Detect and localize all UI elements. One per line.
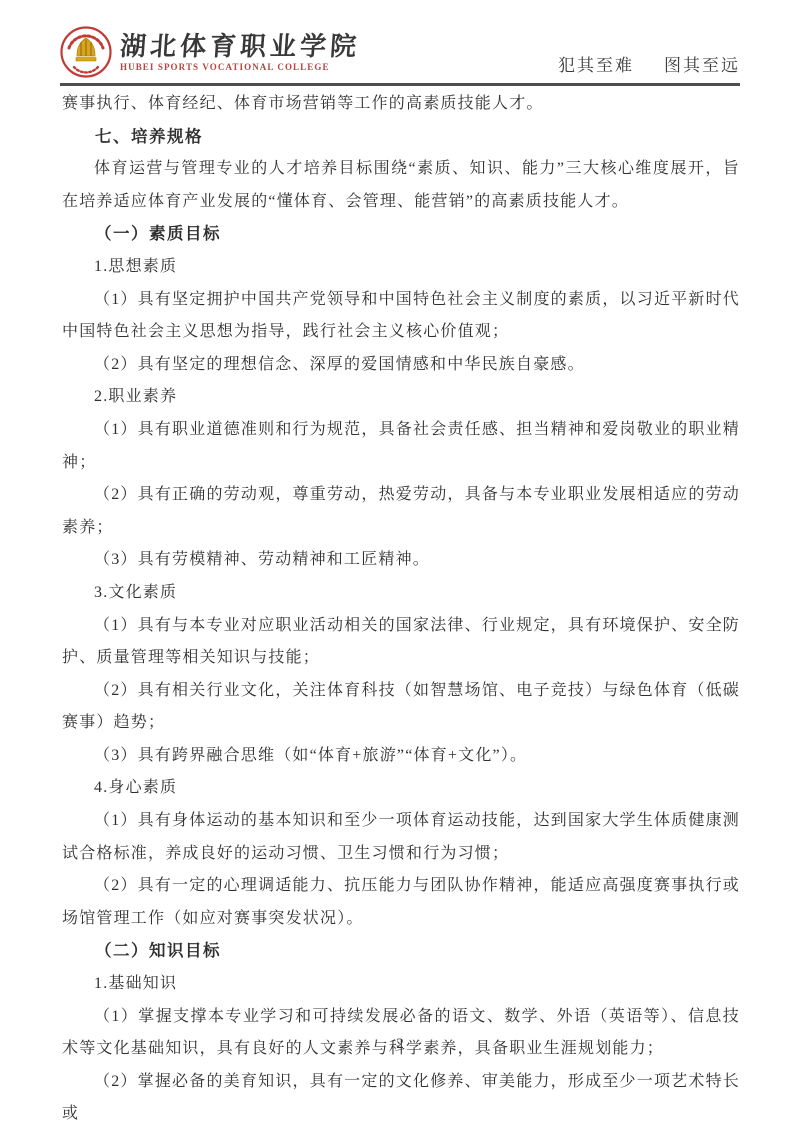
paragraph-continuation: 赛事执行、体育经纪、体育市场营销等工作的高素质技能人才。 [62,88,740,121]
college-seal-icon [60,26,112,78]
college-brand: 湖北体育职业学院 HUBEI SPORTS VOCATIONAL COLLEGE [60,26,360,78]
page-number: 2 [396,1036,404,1052]
list-heading: 2.职业素养 [62,381,740,414]
list-heading: 1.思想素质 [62,251,740,284]
paragraph: （2）具有正确的劳动观，尊重劳动，热爱劳动，具备与本专业职业发展相适应的劳动素养… [62,479,740,544]
paragraph: （3）具有跨界融合思维（如“体育+旅游”“体育+文化”）。 [62,740,740,773]
motto-left: 犯其至难 [558,51,634,76]
paragraph: （2）具有一定的心理调适能力、抗压能力与团队协作精神，能适应高强度赛事执行或场馆… [62,870,740,935]
page-header: 湖北体育职业学院 HUBEI SPORTS VOCATIONAL COLLEGE… [60,26,740,86]
paragraph: （1）具有身体运动的基本知识和至少一项体育运动技能，达到国家大学生体质健康测试合… [62,805,740,870]
subsection-heading: （二）知识目标 [62,935,740,968]
paragraph: （1）掌握支撑本专业学习和可持续发展必备的语文、数学、外语（英语等）、信息技术等… [62,1001,740,1066]
college-motto: 犯其至难 图其至远 [558,51,740,78]
subsection-heading: （一）素质目标 [62,218,740,251]
paragraph: （2）具有相关行业文化，关注体育科技（如智慧场馆、电子竞技）与绿色体育（低碳赛事… [62,675,740,740]
paragraph: （1）具有与本专业对应职业活动相关的国家法律、行业规定，具有环境保护、安全防护、… [62,610,740,675]
document-body: 赛事执行、体育经纪、体育市场营销等工作的高素质技能人才。七、培养规格体育运营与管… [62,88,740,1131]
motto-right: 图其至远 [664,51,740,76]
list-heading: 3.文化素质 [62,577,740,610]
list-heading: 4.身心素质 [62,772,740,805]
college-name-zh: 湖北体育职业学院 [119,33,361,61]
paragraph: 体育运营与管理专业的人才培养目标围绕“素质、知识、能力”三大核心维度展开，旨在培… [62,153,740,218]
paragraph: （1）具有坚定拥护中国共产党领导和中国特色社会主义制度的素质，以习近平新时代中国… [62,284,740,349]
paragraph: （1）具有职业道德准则和行为规范，具备社会责任感、担当精神和爱岗敬业的职业精神； [62,414,740,479]
paragraph: （2）掌握必备的美育知识，具有一定的文化修养、审美能力，形成至少一项艺术特长或 [62,1066,740,1131]
page-footer: 2 [0,1036,800,1053]
college-name-en: HUBEI SPORTS VOCATIONAL COLLEGE [120,62,360,72]
document-page: 湖北体育职业学院 HUBEI SPORTS VOCATIONAL COLLEGE… [0,0,800,1131]
paragraph: （3）具有劳模精神、劳动精神和工匠精神。 [62,544,740,577]
college-name-block: 湖北体育职业学院 HUBEI SPORTS VOCATIONAL COLLEGE [120,33,360,72]
paragraph: （2）具有坚定的理想信念、深厚的爱国情感和中华民族自豪感。 [62,349,740,382]
list-heading: 1.基础知识 [62,968,740,1001]
section-heading: 七、培养规格 [62,121,740,154]
